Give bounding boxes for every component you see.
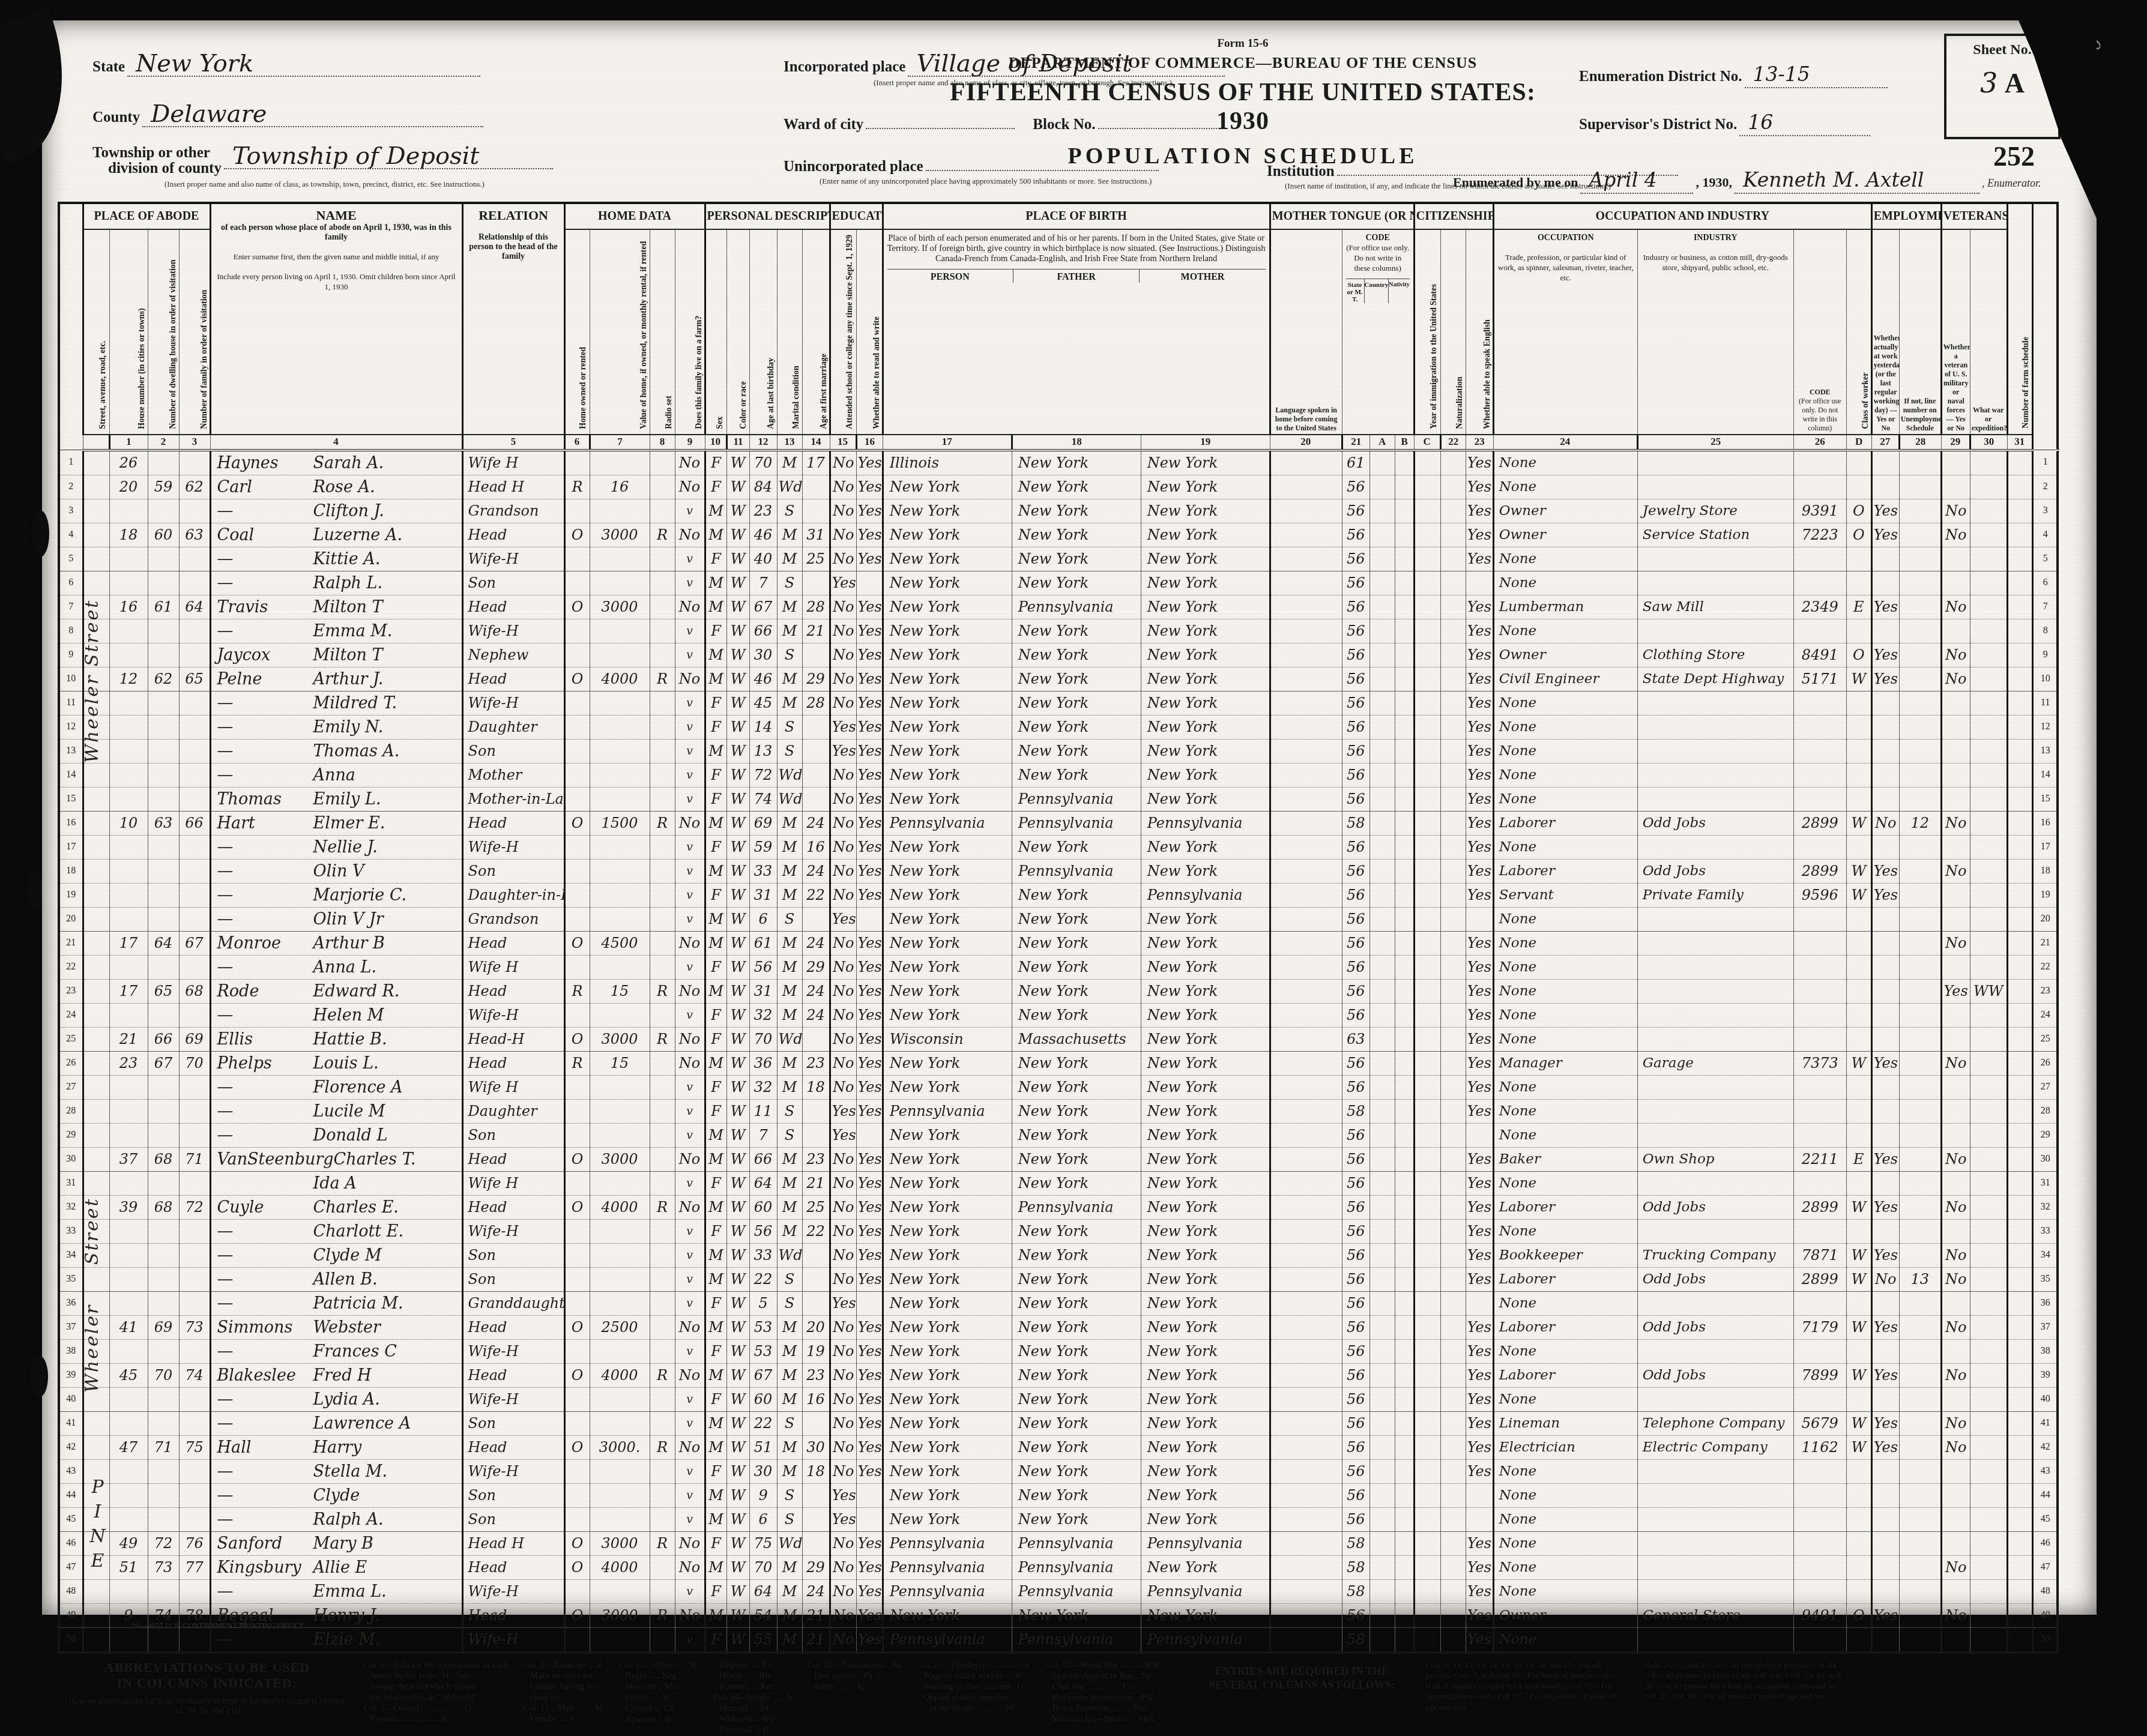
cell-vt xyxy=(1941,1003,1970,1027)
cell-in xyxy=(1637,1579,1793,1603)
township-label-2: division of county xyxy=(92,160,222,176)
cell-nt xyxy=(1440,1123,1466,1147)
cell-tg xyxy=(1270,1051,1342,1075)
col-birth-person: PERSON xyxy=(887,270,1013,283)
cell-wr xyxy=(1970,1075,2007,1099)
cell-am: 25 xyxy=(802,547,830,571)
cell-mr: M xyxy=(777,523,802,547)
cell-frm: No xyxy=(675,1315,705,1339)
cell-cw xyxy=(1846,715,1871,739)
cell-un xyxy=(1899,1051,1941,1075)
cell-wr xyxy=(1970,1315,2007,1339)
cell-sx: F xyxy=(705,1531,726,1555)
cell-name: HaynesSarah A. xyxy=(210,450,462,475)
cell-vt xyxy=(1941,1171,1970,1195)
col-birth-mother: MOTHER xyxy=(1139,270,1265,283)
cell-in: Odd Jobs xyxy=(1637,811,1793,835)
cell-frm: v xyxy=(675,739,705,763)
cell-rd xyxy=(650,475,675,499)
col-class-of-worker: Class of worker xyxy=(1846,229,1871,435)
cell-rc: W xyxy=(726,691,749,715)
cell-bp: New York xyxy=(883,547,1012,571)
cell-bf: New York xyxy=(1012,979,1141,1003)
cell-en: Yes xyxy=(1466,1531,1493,1555)
cell-cD xyxy=(1793,619,1846,643)
cell-rd xyxy=(650,1411,675,1435)
cell-cA: 56 xyxy=(1342,667,1369,691)
cell-fs xyxy=(2007,1147,2032,1171)
cell-name: —Anna xyxy=(210,763,462,787)
cell-cC xyxy=(1395,571,1414,595)
cell-cw xyxy=(1846,1459,1871,1483)
cell-em xyxy=(1871,1003,1899,1027)
cell-im xyxy=(1414,643,1440,667)
cell-oc: None xyxy=(1493,835,1637,859)
cell-nt xyxy=(1440,1195,1466,1219)
cell-bf: Pennsylvania xyxy=(1012,787,1141,811)
cell-im xyxy=(1414,1435,1440,1459)
cell-rw: Yes xyxy=(856,763,883,787)
cell-oc: None xyxy=(1493,475,1637,499)
cell-ag: 46 xyxy=(749,523,777,547)
cell-ag: 22 xyxy=(749,1267,777,1291)
cell-fs xyxy=(2007,1531,2032,1555)
cell-lnR: 31 xyxy=(2032,1171,2058,1195)
cell-in xyxy=(1637,763,1793,787)
column-number: 9 xyxy=(675,435,705,450)
cell-fm xyxy=(179,1483,210,1507)
cell-vt: Yes xyxy=(1941,979,1970,1003)
cell-in xyxy=(1637,571,1793,595)
cell-sc: No xyxy=(830,787,856,811)
cell-bp: New York xyxy=(883,931,1012,955)
cell-st xyxy=(83,859,109,883)
cell-vt: No xyxy=(1941,811,1970,835)
cell-wr xyxy=(1970,450,2007,475)
cell-ag: 67 xyxy=(749,1363,777,1387)
cell-rc: W xyxy=(726,450,749,475)
cell-fs xyxy=(2007,715,2032,739)
cell-cC xyxy=(1395,1435,1414,1459)
cell-am xyxy=(802,1411,830,1435)
cell-bm: New York xyxy=(1141,619,1270,643)
cell-vt: No xyxy=(1941,931,1970,955)
column-number xyxy=(83,435,109,450)
cell-rd: R xyxy=(650,523,675,547)
cell-cD xyxy=(1793,1219,1846,1243)
cell-oc: Lumberman xyxy=(1493,595,1637,619)
cell-bp: New York xyxy=(883,1195,1012,1219)
cell-tg xyxy=(1270,1579,1342,1603)
cell-ow: R xyxy=(564,1051,590,1075)
cell-h xyxy=(109,1459,148,1483)
cell-h xyxy=(109,763,148,787)
cell-in xyxy=(1637,907,1793,931)
cell-oc: None xyxy=(1493,691,1637,715)
cell-h: 18 xyxy=(109,523,148,547)
cell-sx: F xyxy=(705,1579,726,1603)
cell-rw: Yes xyxy=(856,1459,883,1483)
cell-nt xyxy=(1440,643,1466,667)
table-row: 28—Lucile MDaughtervFW11SYesYesPennsylva… xyxy=(59,1099,2058,1123)
cell-am: 21 xyxy=(802,619,830,643)
cell-rel: Wife H xyxy=(462,1075,564,1099)
cell-cA: 56 xyxy=(1342,643,1369,667)
cell-ow xyxy=(564,715,590,739)
cell-in: Odd Jobs xyxy=(1637,1315,1793,1339)
cell-dw: 60 xyxy=(148,523,179,547)
cell-frm: v xyxy=(675,1291,705,1315)
cell-h: 23 xyxy=(109,1051,148,1075)
cell-vl: 15 xyxy=(590,979,650,1003)
cell-st xyxy=(83,499,109,523)
cell-vt: No xyxy=(1941,595,1970,619)
cell-lnR: 28 xyxy=(2032,1099,2058,1123)
cell-sc: No xyxy=(830,1555,856,1579)
cell-vt xyxy=(1941,1483,1970,1507)
cell-lnL: 4 xyxy=(59,523,83,547)
cell-cD xyxy=(1793,955,1846,979)
cell-bp: Pennsylvania xyxy=(883,1099,1012,1123)
cell-rw: Yes xyxy=(856,835,883,859)
cell-rd: R xyxy=(650,811,675,835)
cell-dw xyxy=(148,835,179,859)
cell-em xyxy=(1871,715,1899,739)
cell-fm: 66 xyxy=(179,811,210,835)
cell-vt: No xyxy=(1941,499,1970,523)
cell-ag: 75 xyxy=(749,1531,777,1555)
col-occupation-header: OCCUPATION Trade, profession, or particu… xyxy=(1493,229,1637,435)
cell-wr xyxy=(1970,907,2007,931)
cell-lnL: 16 xyxy=(59,811,83,835)
cell-vl xyxy=(590,499,650,523)
cell-fs xyxy=(2007,1003,2032,1027)
cell-vl xyxy=(590,619,650,643)
cell-ag: 69 xyxy=(749,811,777,835)
cell-lnR: 8 xyxy=(2032,619,2058,643)
cell-fm xyxy=(179,1291,210,1315)
cell-frm: v xyxy=(675,499,705,523)
cell-cC xyxy=(1395,955,1414,979)
cell-cD xyxy=(1793,450,1846,475)
cell-cD xyxy=(1793,1291,1846,1315)
cell-tg xyxy=(1270,1267,1342,1291)
cell-vl: 16 xyxy=(590,475,650,499)
cell-rel: Wife-H xyxy=(462,691,564,715)
cell-rw: Yes xyxy=(856,859,883,883)
cell-mr: M xyxy=(777,1387,802,1411)
cell-bm: Pennsylvania xyxy=(1141,1531,1270,1555)
cell-st xyxy=(83,931,109,955)
cell-bm: New York xyxy=(1141,691,1270,715)
cell-bm: New York xyxy=(1141,1099,1270,1123)
cell-st xyxy=(83,883,109,907)
cell-vt xyxy=(1941,1531,1970,1555)
cell-en: Yes xyxy=(1466,1435,1493,1459)
cell-cA: 56 xyxy=(1342,787,1369,811)
cell-un xyxy=(1899,619,1941,643)
cell-vt xyxy=(1941,835,1970,859)
cell-em: Yes xyxy=(1871,1603,1899,1627)
cell-ow: O xyxy=(564,1027,590,1051)
cell-en: Yes xyxy=(1466,883,1493,907)
cell-nt xyxy=(1440,811,1466,835)
cell-rel: Wife-H xyxy=(462,1579,564,1603)
cell-mr: Wd xyxy=(777,1027,802,1051)
cell-bf: New York xyxy=(1012,643,1141,667)
cell-cA: 56 xyxy=(1342,619,1369,643)
cell-dw: 71 xyxy=(148,1435,179,1459)
cell-un xyxy=(1899,1459,1941,1483)
cell-am: 18 xyxy=(802,1459,830,1483)
cell-st xyxy=(83,1003,109,1027)
cell-fs xyxy=(2007,835,2032,859)
cell-sc: Yes xyxy=(830,1099,856,1123)
cell-lnL: 22 xyxy=(59,955,83,979)
cell-rw xyxy=(856,1291,883,1315)
cell-vt: No xyxy=(1941,1411,1970,1435)
cell-cD: 9491 xyxy=(1793,1603,1846,1627)
cell-im xyxy=(1414,1051,1440,1075)
cell-rc: W xyxy=(726,1195,749,1219)
cell-rd xyxy=(650,1339,675,1363)
scan-blob xyxy=(30,1355,48,1397)
cell-ow xyxy=(564,1267,590,1291)
cell-un xyxy=(1899,1171,1941,1195)
cell-un xyxy=(1899,1411,1941,1435)
cell-cC xyxy=(1395,1555,1414,1579)
cell-rel: Mother-in-Law xyxy=(462,787,564,811)
cell-cw xyxy=(1846,1579,1871,1603)
cell-cw xyxy=(1846,835,1871,859)
cell-lnL: 38 xyxy=(59,1339,83,1363)
cell-fs xyxy=(2007,1483,2032,1507)
cell-bf: New York xyxy=(1012,835,1141,859)
cell-wr xyxy=(1970,667,2007,691)
cell-oc: Laborer xyxy=(1493,1195,1637,1219)
cell-frm: v xyxy=(675,907,705,931)
cell-oc: Laborer xyxy=(1493,811,1637,835)
cell-bp: New York xyxy=(883,643,1012,667)
cell-st xyxy=(83,1411,109,1435)
table-row: 13—Thomas A.SonvMW13SYesYesNew YorkNew Y… xyxy=(59,739,2058,763)
cell-ow: O xyxy=(564,931,590,955)
cell-vl xyxy=(590,571,650,595)
cell-mr: M xyxy=(777,1435,802,1459)
cell-in xyxy=(1637,1003,1793,1027)
cell-rel: Head xyxy=(462,1051,564,1075)
cell-bp: Pennsylvania xyxy=(883,1531,1012,1555)
cell-vl xyxy=(590,1507,650,1531)
cell-fs xyxy=(2007,1315,2032,1339)
cell-dw xyxy=(148,883,179,907)
cell-tg xyxy=(1270,619,1342,643)
cell-h: 51 xyxy=(109,1555,148,1579)
cell-cD xyxy=(1793,715,1846,739)
cell-dw xyxy=(148,1171,179,1195)
cell-am xyxy=(802,643,830,667)
cell-vt xyxy=(1941,1339,1970,1363)
col-dwelling-number: Number of dwelling house in order of vis… xyxy=(148,229,179,435)
cell-sc: No xyxy=(830,643,856,667)
cell-tg xyxy=(1270,883,1342,907)
cell-lnR: 18 xyxy=(2032,859,2058,883)
cell-oc: None xyxy=(1493,1027,1637,1051)
cell-rd: R xyxy=(650,979,675,1003)
cell-name: —Frances C xyxy=(210,1339,462,1363)
cell-mr: S xyxy=(777,643,802,667)
schedule-table-wrap: PLACE OF ABODE NAME of each person whose… xyxy=(58,202,2097,1628)
cell-cA: 63 xyxy=(1342,1027,1369,1051)
cell-ow: R xyxy=(564,979,590,1003)
cell-en: Yes xyxy=(1466,499,1493,523)
cell-im xyxy=(1414,499,1440,523)
cell-st xyxy=(83,1579,109,1603)
cell-frm: No xyxy=(675,1363,705,1387)
cell-h xyxy=(109,1291,148,1315)
cell-rc: W xyxy=(726,859,749,883)
cell-mr: Wd xyxy=(777,1531,802,1555)
cell-am: 24 xyxy=(802,811,830,835)
table-row: 43—Stella M.Wife-HvFW30M18NoYesNew YorkN… xyxy=(59,1459,2058,1483)
cell-tg xyxy=(1270,691,1342,715)
cell-am xyxy=(802,1027,830,1051)
cell-im xyxy=(1414,955,1440,979)
cell-fs xyxy=(2007,811,2032,835)
cell-fs xyxy=(2007,1027,2032,1051)
cell-rd xyxy=(650,1123,675,1147)
cell-vl xyxy=(590,1123,650,1147)
cell-cC xyxy=(1395,450,1414,475)
cell-bp: New York xyxy=(883,1339,1012,1363)
cell-sx: M xyxy=(705,667,726,691)
cell-frm: No xyxy=(675,1531,705,1555)
cell-un xyxy=(1899,715,1941,739)
cell-cC xyxy=(1395,859,1414,883)
cell-h xyxy=(109,691,148,715)
cell-im xyxy=(1414,1027,1440,1051)
cell-un xyxy=(1899,739,1941,763)
cell-fs xyxy=(2007,619,2032,643)
cell-cA: 56 xyxy=(1342,1435,1369,1459)
cell-cw: W xyxy=(1846,1435,1871,1459)
cell-h: 45 xyxy=(109,1363,148,1387)
cell-name: KingsburyAllie E xyxy=(210,1555,462,1579)
cell-mr: M xyxy=(777,1003,802,1027)
cell-bm: New York xyxy=(1141,450,1270,475)
cell-ow xyxy=(564,1411,590,1435)
enum-district-value: 13-15 xyxy=(1745,62,1888,88)
cell-wr xyxy=(1970,1219,2007,1243)
cell-in xyxy=(1637,1027,1793,1051)
cell-dw xyxy=(148,1267,179,1291)
cell-rel: Son xyxy=(462,1267,564,1291)
cell-cB xyxy=(1369,667,1395,691)
cell-cC xyxy=(1395,1267,1414,1291)
cell-em xyxy=(1871,955,1899,979)
cell-em: No xyxy=(1871,1267,1899,1291)
cell-rc: W xyxy=(726,1003,749,1027)
cell-lnR: 25 xyxy=(2032,1027,2058,1051)
cell-dw: 61 xyxy=(148,595,179,619)
cell-sc: No xyxy=(830,955,856,979)
cell-un xyxy=(1899,1339,1941,1363)
cell-oc: None xyxy=(1493,1579,1637,1603)
cell-tg xyxy=(1270,1219,1342,1243)
cell-vt xyxy=(1941,1027,1970,1051)
cell-wr xyxy=(1970,1243,2007,1267)
cell-sx: M xyxy=(705,811,726,835)
cell-cC xyxy=(1395,1387,1414,1411)
cell-cB xyxy=(1369,1603,1395,1627)
cell-name: Ida A xyxy=(210,1171,462,1195)
cell-vt xyxy=(1941,955,1970,979)
cell-in: Private Family xyxy=(1637,883,1793,907)
cell-ow xyxy=(564,1171,590,1195)
cell-rw xyxy=(856,1507,883,1531)
cell-rd xyxy=(650,1099,675,1123)
cell-wr xyxy=(1970,1123,2007,1147)
cell-lnR: 37 xyxy=(2032,1315,2058,1339)
table-row: 19—Marjorie C.Daughter-in-LawvFW31M22NoY… xyxy=(59,883,2058,907)
cell-fm xyxy=(179,1459,210,1483)
cell-rd xyxy=(650,643,675,667)
cell-em xyxy=(1871,1483,1899,1507)
cell-tg xyxy=(1270,1315,1342,1339)
cell-bp: New York xyxy=(883,475,1012,499)
cell-fm xyxy=(179,1579,210,1603)
cell-vl xyxy=(590,1291,650,1315)
cell-un xyxy=(1899,547,1941,571)
cell-st xyxy=(83,979,109,1003)
cell-dw xyxy=(148,1291,179,1315)
cell-fm xyxy=(179,715,210,739)
cell-rw: Yes xyxy=(856,739,883,763)
cell-cw: W xyxy=(1846,1243,1871,1267)
cell-am: 24 xyxy=(802,931,830,955)
cell-sc: No xyxy=(830,547,856,571)
cell-en: Yes xyxy=(1466,835,1493,859)
cell-sc: No xyxy=(830,1435,856,1459)
cell-bm: New York xyxy=(1141,1459,1270,1483)
cell-en: Yes xyxy=(1466,1459,1493,1483)
cell-name: —Patricia M. xyxy=(210,1291,462,1315)
cell-ow xyxy=(564,643,590,667)
cell-bm: New York xyxy=(1141,523,1270,547)
cell-rc: W xyxy=(726,1579,749,1603)
cell-h xyxy=(109,643,148,667)
cell-em: Yes xyxy=(1871,1411,1899,1435)
cell-sc: No xyxy=(830,691,856,715)
cell-in xyxy=(1637,1171,1793,1195)
cell-rel: Son xyxy=(462,859,564,883)
col-radio-set: Radio set xyxy=(650,229,675,435)
cell-in xyxy=(1637,1507,1793,1531)
cell-vl: 4000 xyxy=(590,1195,650,1219)
cell-cD xyxy=(1793,787,1846,811)
cell-mr: S xyxy=(777,715,802,739)
cell-cD: 2211 xyxy=(1793,1147,1846,1171)
cell-h xyxy=(109,883,148,907)
cell-am: 28 xyxy=(802,595,830,619)
cell-rw: Yes xyxy=(856,1171,883,1195)
cell-cA: 56 xyxy=(1342,1315,1369,1339)
cell-cw xyxy=(1846,1291,1871,1315)
cell-rc: W xyxy=(726,1363,749,1387)
cell-cw xyxy=(1846,1003,1871,1027)
cell-am: 24 xyxy=(802,859,830,883)
cell-bf: New York xyxy=(1012,547,1141,571)
